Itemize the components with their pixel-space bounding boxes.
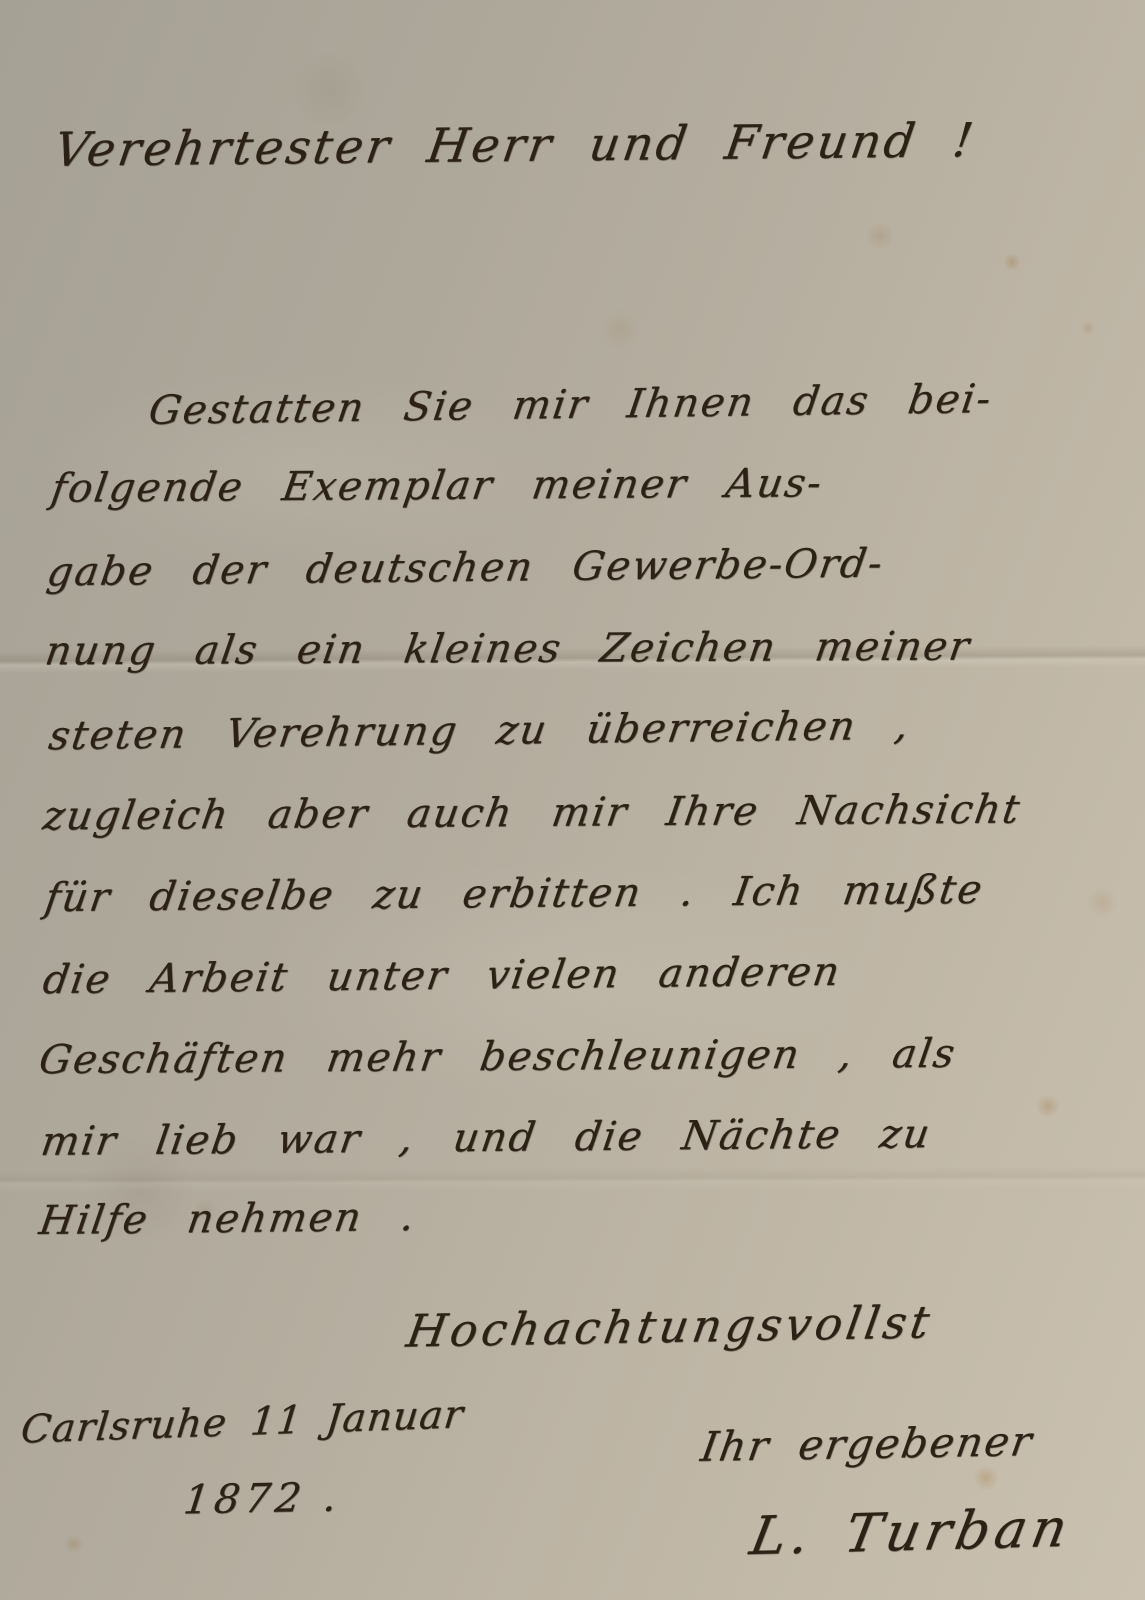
- letter-page: Verehrtester Herr und Freund ! Gestatten…: [0, 0, 1145, 1600]
- fold-crease-lower: [0, 1166, 1145, 1192]
- body-line-10: mir lieb war , und die Nächte zu: [38, 1111, 935, 1165]
- body-line-1: Gestatten Sie mir Ihnen das bei-: [146, 376, 996, 434]
- salutation: Verehrtester Herr und Freund !: [0, 113, 1035, 179]
- body-line-2: folgende Exemplar meiner Aus-: [48, 460, 826, 511]
- body-line-7: für dieselbe zu erbitten . Ich mußte: [42, 867, 987, 921]
- body-line-4: nung als ein kleines Zeichen meiner: [42, 624, 974, 675]
- date-year-line: 1872 .: [181, 1475, 344, 1524]
- body-line-9: Geschäften mehr beschleunigen , als: [36, 1031, 959, 1083]
- body-line-11: Hilfe nehmen .: [36, 1194, 419, 1244]
- signature-valediction: Ihr ergebener: [698, 1417, 1037, 1471]
- signature-name: L. Turban: [745, 1498, 1076, 1567]
- body-line-5: steten Verehrung zu überreichen ,: [46, 703, 914, 759]
- closing-formula: Hochachtungsvollst: [403, 1295, 937, 1357]
- body-line-3: gabe der deutschen Gewerbe-Ord-: [44, 541, 887, 596]
- body-line-8: die Arbeit unter vielen anderen: [40, 949, 844, 1003]
- date-place-line: Carlsruhe 11 Januar: [19, 1392, 466, 1452]
- body-line-6: zugleich aber auch mir Ihre Nachsicht: [40, 787, 1024, 840]
